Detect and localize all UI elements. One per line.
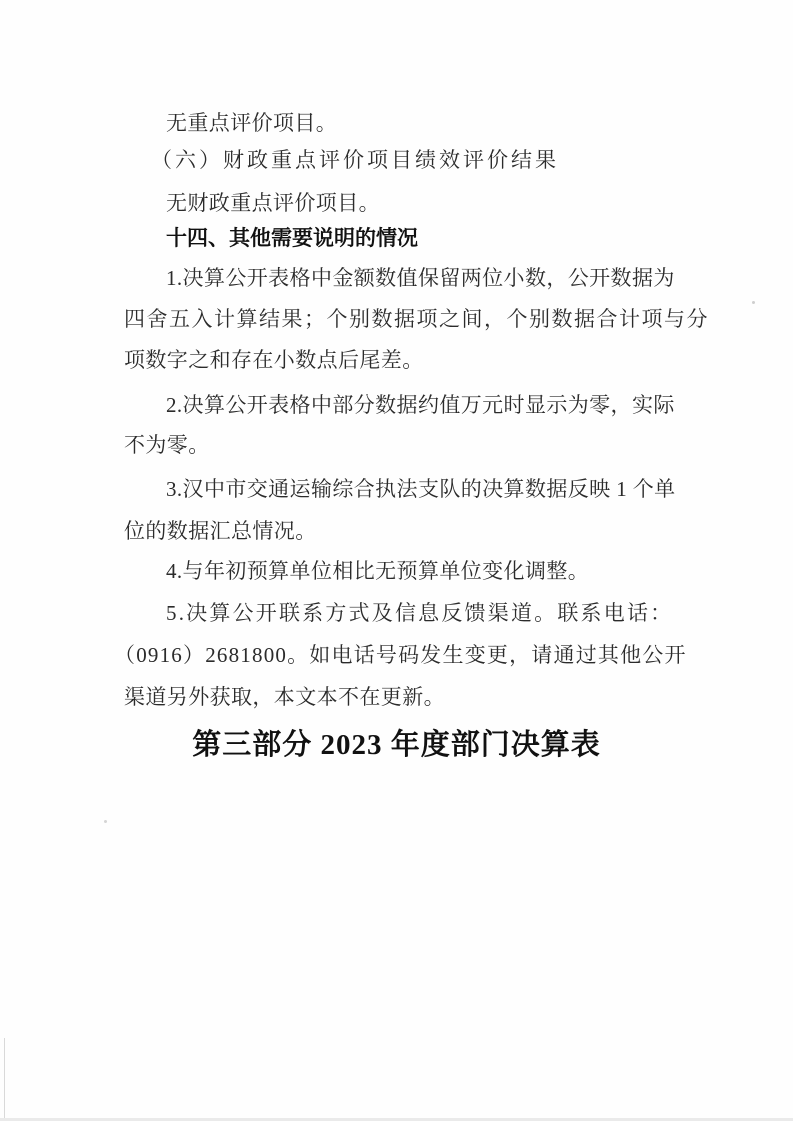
- item2-line2: 不为零。: [124, 432, 210, 458]
- scan-left-edge-artifact: [4, 1038, 5, 1118]
- item3-line1: 3.汉中市交通运输综合执法支队的决算数据反映 1 个单: [166, 476, 676, 502]
- item5-line2: （0916）2681800。如电话号码发生变更，请通过其他公开: [114, 642, 687, 668]
- item5-line1: 5.决算公开联系方式及信息反馈渠道。联系电话：: [166, 600, 673, 626]
- scan-speck: [752, 301, 755, 304]
- scan-speck: [104, 820, 107, 823]
- item1-line3: 项数字之和存在小数点后尾差。: [124, 347, 424, 373]
- item1-line1: 1.决算公开表格中金额数值保留两位小数，公开数据为: [166, 265, 675, 291]
- section-heading-14: 十四、其他需要说明的情况: [166, 226, 418, 252]
- paragraph-no-fiscal-eval: 无财政重点评价项目。: [166, 190, 380, 216]
- document-page: 无重点评价项目。 （六）财政重点评价项目绩效评价结果 无财政重点评价项目。 十四…: [0, 0, 793, 1121]
- part3-heading: 第三部分 2023 年度部门决算表: [0, 722, 793, 763]
- item4-line1: 4.与年初预算单位相比无预算单位变化调整。: [166, 558, 589, 584]
- paragraph-no-key-eval: 无重点评价项目。: [166, 110, 337, 136]
- subsection-heading-6: （六）财政重点评价项目绩效评价结果: [151, 147, 559, 173]
- item2-line1: 2.决算公开表格中部分数据约值万元时显示为零，实际: [166, 392, 675, 418]
- item5-line3: 渠道另外获取，本文本不在更新。: [124, 684, 445, 710]
- item3-line2: 位的数据汇总情况。: [124, 518, 317, 544]
- item1-line2: 四舍五入计算结果；个别数据项之间，个别数据合计项与分: [124, 306, 709, 332]
